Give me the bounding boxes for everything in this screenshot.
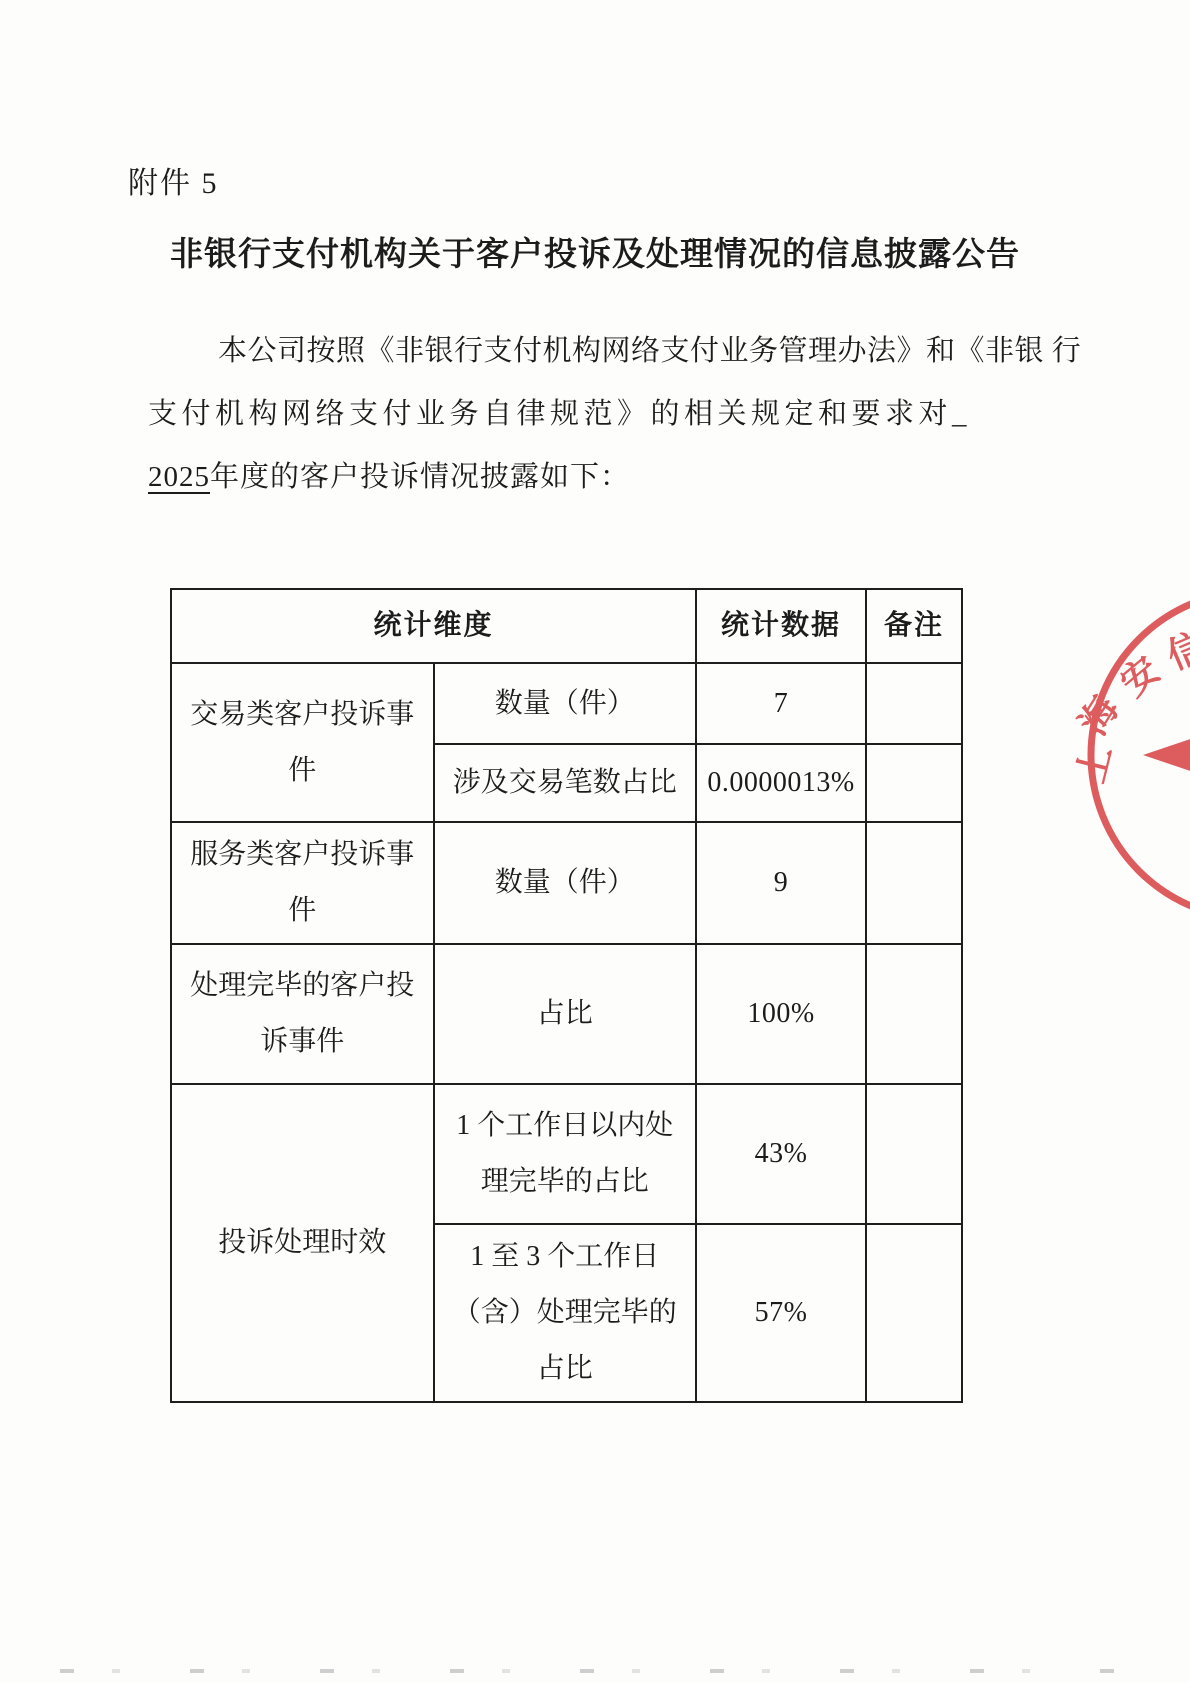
table-row: 服务类客户投诉事件 数量（件） 9 [171,822,962,944]
metric-cell: 1 个工作日以内处理完毕的占比 [434,1084,697,1224]
remark-cell [866,1084,962,1224]
remark-cell [866,744,962,822]
metric-cell: 涉及交易笔数占比 [434,744,697,822]
seal-char: 海 [1072,689,1127,743]
value-cell: 0.0000013% [696,744,866,822]
value-cell: 43% [696,1084,866,1224]
group-cell-resolved-complaints: 处理完毕的客户投诉事件 [171,944,434,1084]
paragraph-line-2: 支付机构网络支付业务自律规范》的相关规定和要求对_ [148,383,1028,446]
paragraph-line-1: 本公司按照《非银行支付机构网络支付业务管理办法》和《非银 行 [148,320,1028,383]
header-cell-remark: 备注 [866,589,962,663]
metric-cell: 1 至 3 个工作日（含）处理完毕的占比 [434,1224,697,1402]
value-cell: 7 [696,663,866,744]
value-cell: 57% [696,1224,866,1402]
complaint-stats-table: 统计维度 统计数据 备注 交易类客户投诉事件 数量（件） 7 涉及交易笔数占比 … [170,588,963,1403]
group-cell-transaction-complaints: 交易类客户投诉事件 [171,663,434,822]
paragraph-line-3-rest: 年度的客户投诉情况披露如下： [210,461,630,493]
seal-graphic: 上 海 安 信 [1060,580,1190,920]
remark-cell [866,944,962,1084]
table-header-row: 统计维度 统计数据 备注 [171,589,962,663]
remark-cell [866,822,962,944]
table-row: 投诉处理时效 1 个工作日以内处理完毕的占比 43% [171,1084,962,1224]
document-page: 附件 5 非银行支付机构关于客户投诉及处理情况的信息披露公告 本公司按照《非银行… [0,0,1190,1683]
metric-cell: 数量（件） [434,663,697,744]
metric-cell: 占比 [434,944,697,1084]
attachment-label: 附件 5 [128,158,219,202]
value-cell: 9 [696,822,866,944]
table-row: 交易类客户投诉事件 数量（件） 7 [171,663,962,744]
seal-char: 上 [1070,741,1120,787]
header-cell-dimension: 统计维度 [171,589,696,663]
scan-artifact [60,1669,1150,1673]
value-cell: 100% [696,944,866,1084]
document-title: 非银行支付机构关于客户投诉及处理情况的信息披露公告 [0,228,1190,275]
seal-char: 信 [1161,625,1190,678]
metric-cell: 数量（件） [434,822,697,944]
seal-circle [1091,591,1190,919]
group-cell-handling-time: 投诉处理时效 [171,1084,434,1402]
company-seal: 上 海 安 信 [1060,580,1190,920]
header-cell-data: 统计数据 [696,589,866,663]
remark-cell [866,663,962,744]
paragraph-line-3: 2025年度的客户投诉情况披露如下： [148,446,1028,509]
underlined-year: 2025 [148,461,210,493]
table-row: 处理完毕的客户投诉事件 占比 100% [171,944,962,1084]
group-cell-service-complaints: 服务类客户投诉事件 [171,822,434,944]
intro-paragraph: 本公司按照《非银行支付机构网络支付业务管理办法》和《非银 行 支付机构网络支付业… [148,320,1028,509]
remark-cell [866,1224,962,1402]
seal-char: 安 [1113,649,1168,705]
seal-star-icon [1143,649,1190,862]
